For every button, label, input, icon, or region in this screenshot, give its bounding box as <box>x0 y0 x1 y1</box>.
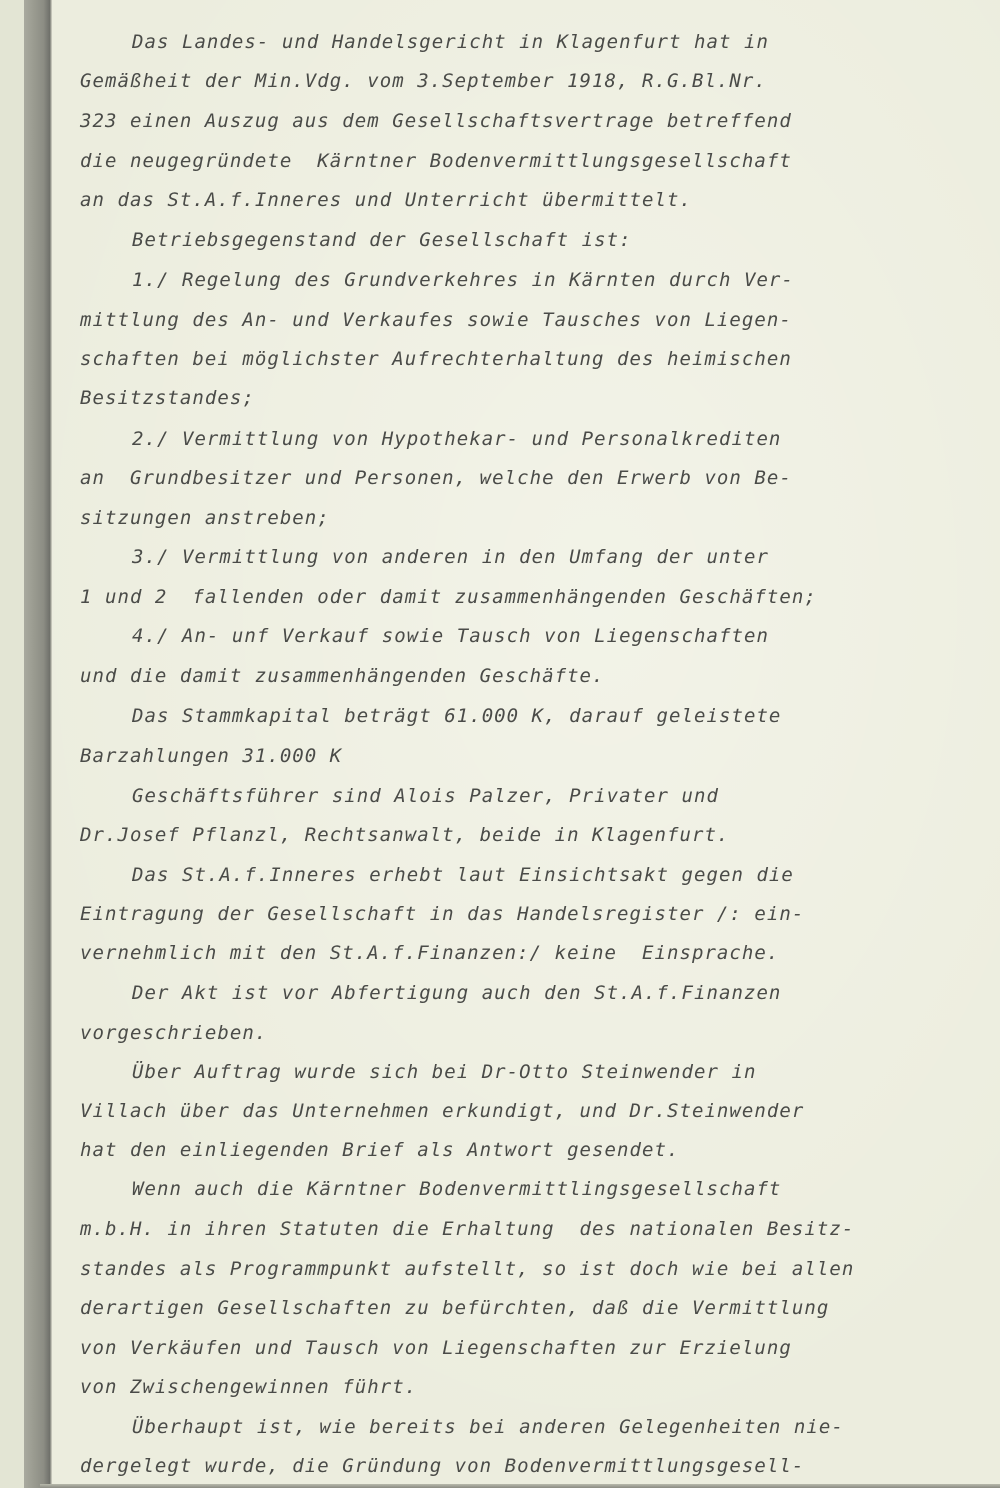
text-line: Eintragung der Gesellschaft in das Hande… <box>80 903 804 925</box>
list-item-line: 2./ Vermittlung von Hypothekar- und Pers… <box>132 428 781 450</box>
text-line: Das St.A.f.Inneres erhebt laut Einsichts… <box>132 864 794 886</box>
text-line: vernehmlich mit den St.A.f.Finanzen:/ ke… <box>80 942 779 964</box>
text-line: hat den einliegenden Brief als Antwort g… <box>80 1139 679 1161</box>
text-line: Barzahlungen 31.000 K <box>80 745 342 767</box>
list-item-line: und die damit zusammenhängenden Geschäft… <box>80 665 605 687</box>
text-line: Villach über das Unternehmen erkundigt, … <box>80 1100 804 1122</box>
text-line: Gemäßheit der Min.Vdg. vom 3.September 1… <box>80 70 767 92</box>
list-item-line: sitzungen anstreben; <box>80 507 330 529</box>
text-line: m.b.H. in ihren Statuten die Erhaltung d… <box>80 1218 854 1240</box>
text-line: Der Akt ist vor Abfertigung auch den St.… <box>132 982 781 1004</box>
list-item-line: 1./ Regelung des Grundverkehres in Kärnt… <box>132 269 794 291</box>
text-line: Das Stammkapital beträgt 61.000 K, darau… <box>132 705 781 727</box>
text-line: an das St.A.f.Inneres und Unterricht übe… <box>80 189 692 211</box>
text-line: Dr.Josef Pflanzl, Rechtsanwalt, beide in… <box>80 824 729 846</box>
text-line: Über Auftrag wurde sich bei Dr-Otto Stei… <box>132 1061 756 1083</box>
list-item-line: an Grundbesitzer und Personen, welche de… <box>80 467 792 489</box>
text-line: die neugegründete Kärntner Bodenvermittl… <box>80 150 792 172</box>
text-line: derartigen Gesellschaften zu befürchten,… <box>80 1297 829 1319</box>
text-line: standes als Programmpunkt aufstellt, so … <box>80 1258 854 1280</box>
list-item-line: 3./ Vermittlung von anderen in den Umfan… <box>132 546 769 568</box>
list-item-line: Besitzstandes; <box>80 387 255 409</box>
list-item-line: 4./ An- unf Verkauf sowie Tausch von Lie… <box>132 625 769 647</box>
list-item-line: schaften bei möglichster Aufrechterhaltu… <box>80 348 792 370</box>
text-line: Überhaupt ist, wie bereits bei anderen G… <box>132 1416 844 1438</box>
text-line: 323 einen Auszug aus dem Gesellschaftsve… <box>80 110 792 132</box>
binding-shadow-strip <box>24 0 52 1488</box>
text-line: Das Landes- und Handelsgericht in Klagen… <box>132 31 769 53</box>
list-item-line: mittlung des An- und Verkaufes sowie Tau… <box>80 309 792 331</box>
list-item-line: 1 und 2 fallenden oder damit zusammenhän… <box>80 586 817 608</box>
text-line: Geschäftsführer sind Alois Palzer, Priva… <box>132 785 719 807</box>
text-line: dergelegt wurde, die Gründung von Bodenv… <box>80 1455 804 1477</box>
text-line: von Verkäufen und Tausch von Liegenschaf… <box>80 1337 792 1359</box>
text-line: von Zwischengewinnen führt. <box>80 1376 417 1398</box>
section-heading: Betriebsgegenstand der Gesellschaft ist: <box>132 229 632 251</box>
document-page: Das Landes- und Handelsgericht in Klagen… <box>0 0 1000 1488</box>
page-left-margin <box>0 0 24 1488</box>
page-bottom-edge <box>40 1484 1000 1488</box>
text-line: Wenn auch die Kärntner Bodenvermittlings… <box>132 1178 781 1200</box>
text-line: vorgeschrieben. <box>80 1022 267 1044</box>
